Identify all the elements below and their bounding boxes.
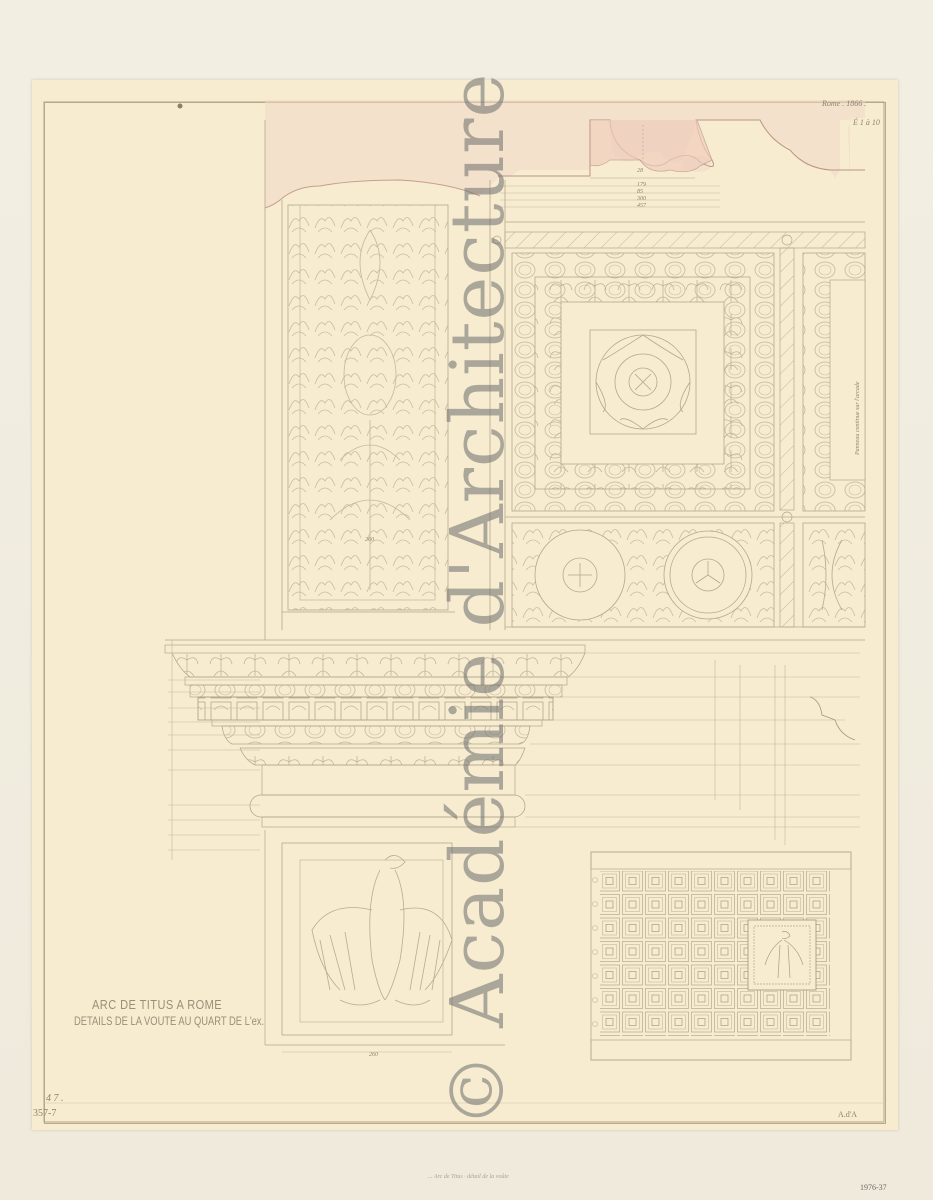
profile-dimension: 457	[637, 203, 646, 209]
place-date-annotation: Rome . 1866 .	[822, 99, 866, 108]
profile-dimension: 85	[637, 189, 643, 195]
pin-mark	[178, 104, 183, 109]
sheet-number: 357-7	[33, 1108, 56, 1119]
copyright-watermark: © Académie d'Architecture	[435, 73, 521, 1128]
collection-stamp: A.d'A	[838, 1110, 857, 1119]
eagle-width-dimension: 260	[369, 1052, 378, 1058]
coffer-grid-plan	[591, 852, 851, 1060]
pink-wash-profile	[265, 100, 865, 208]
vertical-note: Panneau continue sur l'arcade	[855, 381, 861, 455]
scale-annotation: É 1 à 10	[853, 118, 880, 127]
inventory-number: 1976-37	[860, 1183, 887, 1192]
coffer-ceiling-plan	[493, 222, 865, 627]
profile-dimension: 28	[637, 168, 643, 174]
sheet-mark: 4 7 .	[46, 1093, 64, 1104]
top-profile-section	[265, 100, 865, 208]
drawing-title: ARC DE TITUS A ROME	[92, 997, 245, 1012]
drawing-subtitle: DETAILS DE LA VOUTE AU QUART DE L'ex.	[74, 1014, 277, 1028]
profile-dimension: 300	[637, 196, 646, 202]
acanthus-panel	[282, 205, 455, 612]
bottom-caption: ... Arc de Titus · détail de la voûte	[428, 1174, 509, 1180]
panel-width-dimension: 260	[365, 537, 374, 543]
profile-dimension: 179	[637, 182, 646, 188]
